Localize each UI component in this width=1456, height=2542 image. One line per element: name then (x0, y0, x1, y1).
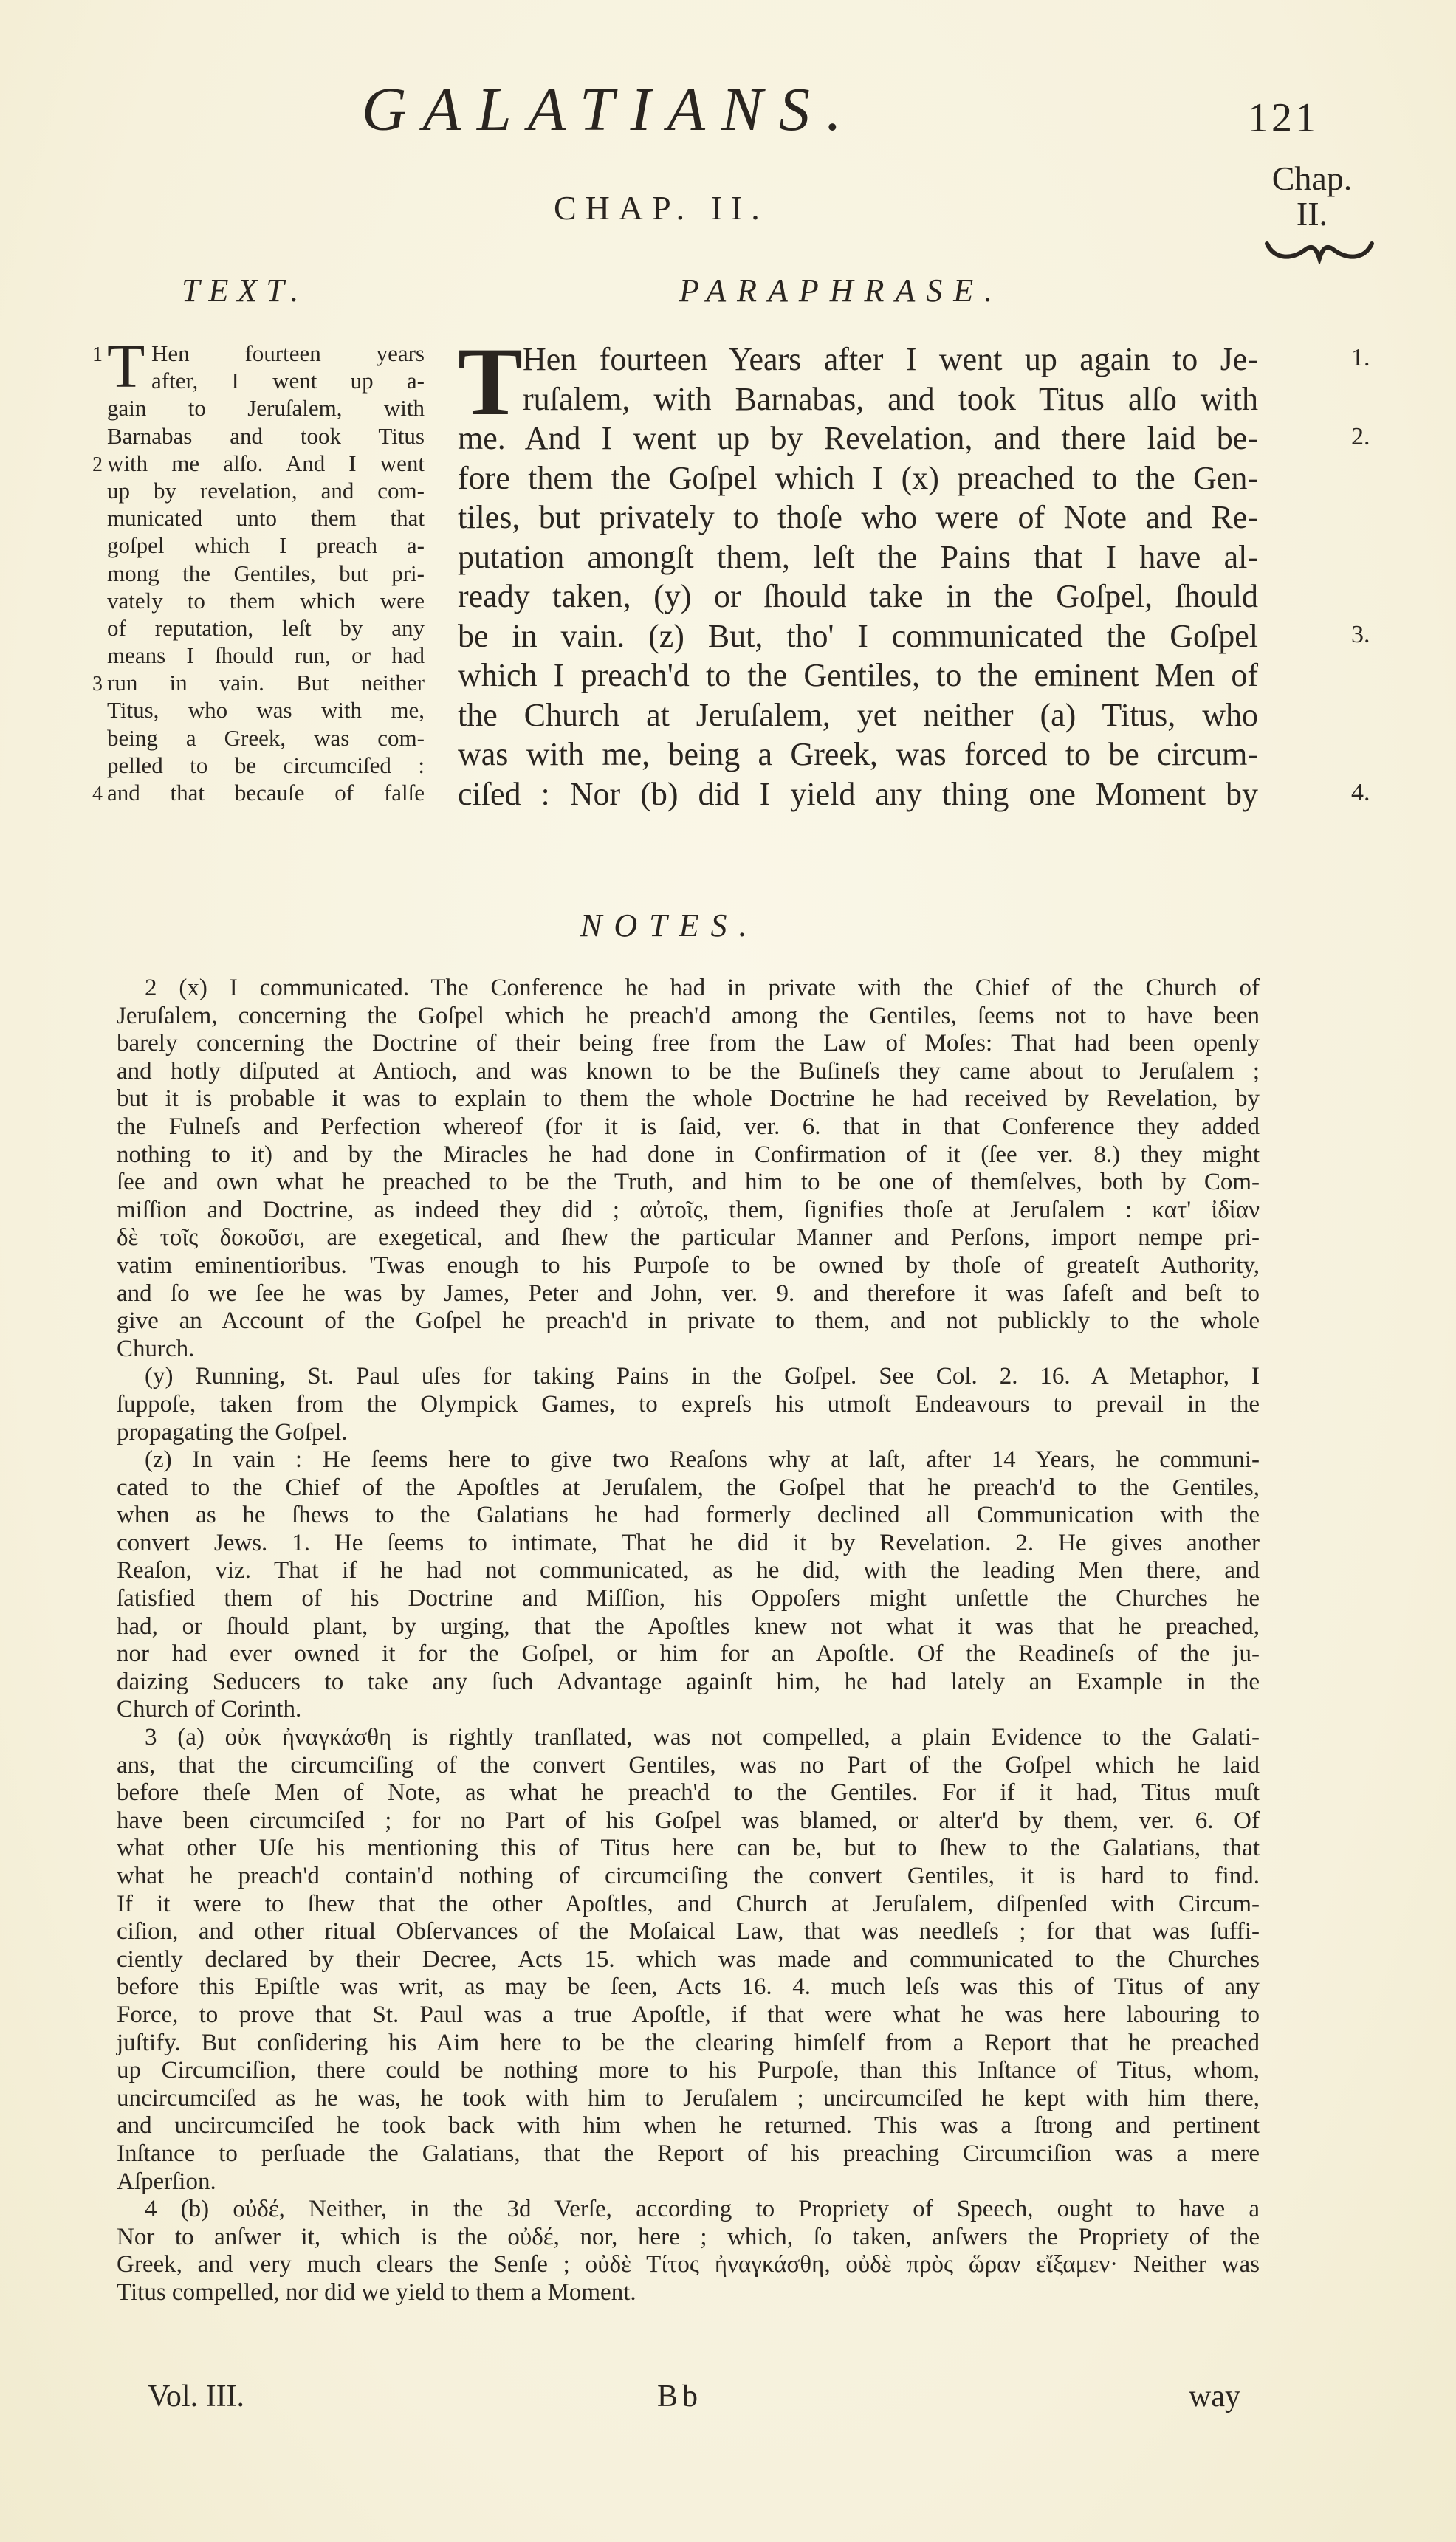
note-line: ſatisfied them of his Doctrine and Miſſi… (117, 1585, 1260, 1613)
note-line: daizing Seducers to take any ſuch Advant… (117, 1669, 1260, 1697)
running-title: GALATIANS. (362, 74, 858, 145)
note-line: ans, that the circumciſing of the conver… (117, 1752, 1260, 1780)
verse-number: 4 (92, 780, 103, 808)
text-line-content: Hen fourteen years (151, 340, 425, 367)
margin-chapter-marker: Chap. II. (1271, 161, 1353, 232)
note-line: vatim eminentioribus. 'Twas enough to hi… (117, 1252, 1260, 1280)
text-line-content: mong the Gentiles, but pri- (107, 560, 425, 587)
note-line: convert Jews. 1. He ſeems to intimate, T… (117, 1530, 1260, 1558)
note-line: and ſo we ſee he was by James, Peter and… (117, 1280, 1260, 1308)
text-line: mong the Gentiles, but pri- (107, 560, 425, 587)
note-entry-start: 4 (b) οὐδέ, Neither, in the 3d Verſe, ac… (117, 2196, 1260, 2224)
note-entry-start: 2 (x) I communicated. The Conference he … (117, 975, 1260, 1003)
margin-chapter-label: Chap. (1271, 161, 1353, 196)
text-line: Barnabas and took Titus (107, 422, 425, 450)
note-line: propagating the Goſpel. (117, 1419, 1260, 1447)
note-line: nor had ever owned it for the Goſpel, or… (117, 1641, 1260, 1669)
text-line: 4and that becauſe of falſe (107, 779, 425, 806)
book-page: GALATIANS. 121 CHAP. II. Chap. II. TEXT.… (0, 0, 1456, 2542)
paraphrase-column: T Hen fourteen Years after I went up aga… (458, 340, 1258, 814)
note-line: give an Account of the Goſpel he preach'… (117, 1308, 1260, 1336)
text-line: up by revelation, and com- (107, 477, 425, 504)
paraphrase-line: me. And I went up by Revelation, and the… (458, 419, 1258, 458)
paraphrase-line: ruſalem, with Barnabas, and took Titus a… (523, 379, 1258, 419)
margin-verse-number: 3. (1351, 621, 1370, 649)
text-line-content: goſpel which I preach a- (107, 532, 425, 559)
note-line: Greek, and very much clears the Senſe ; … (117, 2251, 1260, 2279)
note-line: when as he ſhews to the Galatians he had… (117, 1502, 1260, 1530)
margin-verse-number: 2. (1351, 423, 1370, 451)
note-line: before theſe Men of Note, as what he pre… (117, 1779, 1260, 1807)
note-line: Nor to anſwer it, which is the οὐδέ, nor… (117, 2224, 1260, 2252)
text-line: 1Hen fourteen years (107, 340, 425, 367)
text-line-content: municated unto them that (107, 504, 425, 532)
note-line: what other Uſe his mentioning this of Ti… (117, 1835, 1260, 1863)
margin-verse-number: 4. (1351, 779, 1370, 807)
note-line: juſtify. But conſidering his Aim here to… (117, 2030, 1260, 2058)
note-line: up Circumciſion, there could be nothing … (117, 2057, 1260, 2085)
note-entry-start: 3 (a) οὐκ ἠναγκάσθη is rightly tranſlate… (117, 1724, 1260, 1752)
note-line: Force, to prove that St. Paul was a true… (117, 2002, 1260, 2030)
note-line: ciſion, and other ritual Obſervances of … (117, 1918, 1260, 1946)
text-line-content: run in vain. But neither (107, 669, 425, 696)
text-line: Titus, who was with me, (107, 696, 425, 724)
notes-section: 2 (x) I communicated. The Conference he … (117, 975, 1260, 2307)
text-line: after, I went up a- (107, 367, 425, 394)
text-line-content: with me alſo. And I went (107, 450, 425, 477)
paraphrase-line: Hen fourteen Years after I went up again… (523, 340, 1258, 379)
note-line: cated to the Chief of the Apoſtles at Je… (117, 1474, 1260, 1502)
paraphrase-line: be in vain. (z) But, tho' I communicated… (458, 616, 1258, 656)
verse-number: 1 (92, 341, 103, 368)
note-line: Church of Corinth. (117, 1696, 1260, 1724)
note-line: and hotly diſputed at Antioch, and was k… (117, 1058, 1260, 1086)
text-line: means I ſhould run, or had (107, 642, 425, 669)
note-line: ſee and own what he preached to be the T… (117, 1169, 1260, 1197)
note-line: the Fulneſs and Perfection whereof (for … (117, 1113, 1260, 1141)
text-column-heading: TEXT. (182, 272, 307, 309)
note-line: Church. (117, 1336, 1260, 1364)
note-line: Inſtance to perſuade the Galatians, that… (117, 2140, 1260, 2168)
scripture-text-column: T 1Hen fourteen yearsafter, I went up a-… (107, 340, 425, 806)
page-number: 121 (1248, 95, 1319, 142)
paraphrase-line: putation amongſt them, leſt the Pains th… (458, 537, 1258, 577)
footer-signature-mark: Bb (657, 2379, 702, 2414)
paraphrase-line: tiles, but privately to thoſe who were o… (458, 498, 1258, 537)
note-line: ciently declared by their Decree, Acts 1… (117, 1946, 1260, 1974)
paraphrase-line: ciſed : Nor (b) did I yield any thing on… (458, 774, 1258, 814)
note-line: uncircumciſed as he was, he took with hi… (117, 2085, 1260, 2113)
text-line: goſpel which I preach a- (107, 532, 425, 559)
text-line: 3run in vain. But neither (107, 669, 425, 696)
note-line: miſſion and Doctrine, as indeed they did… (117, 1197, 1260, 1225)
note-line: before this Epiſtle was writ, as may be … (117, 1974, 1260, 2002)
note-line: nothing to it) and by the Miracles he ha… (117, 1141, 1260, 1169)
text-line: of reputation, leſt by any (107, 614, 425, 642)
notes-heading: NOTES. (580, 907, 758, 944)
brace-ornament-icon (1264, 235, 1375, 264)
note-entry-start: (z) In vain : He ſeems here to give two … (117, 1446, 1260, 1474)
note-line: If it were to ſhew that the other Apoſtl… (117, 1891, 1260, 1919)
note-line: Jeruſalem, concerning the Goſpel which h… (117, 1003, 1260, 1031)
text-line: vately to them which were (107, 587, 425, 614)
paraphrase-line: which I preach'd to the Gentiles, to the… (458, 656, 1258, 695)
text-line-content: of reputation, leſt by any (107, 614, 425, 642)
note-line: ſuppoſe, taken from the Olympick Games, … (117, 1391, 1260, 1419)
text-line-content: Barnabas and took Titus (107, 422, 425, 450)
verse-number: 3 (92, 670, 103, 698)
note-line: but it is probable it was to explain to … (117, 1085, 1260, 1113)
margin-verse-number: 1. (1351, 344, 1370, 372)
verse-number: 2 (92, 451, 103, 478)
note-entry-start: (y) Running, St. Paul uſes for taking Pa… (117, 1363, 1260, 1391)
paraphrase-line: was with me, being a Greek, was forced t… (458, 735, 1258, 774)
note-line: δὲ τοῖς δοκοῦσι, are exegetical, and ſhe… (117, 1224, 1260, 1252)
paraphrase-column-heading: PARAPHRASE. (679, 272, 1003, 309)
chapter-heading: CHAP. II. (554, 188, 769, 227)
note-line: Titus compelled, nor did we yield to the… (117, 2279, 1260, 2307)
note-line: and uncircumciſed he took back with him … (117, 2112, 1260, 2140)
text-line: being a Greek, was com- (107, 724, 425, 752)
text-line-content: being a Greek, was com- (107, 724, 425, 752)
text-line-content: up by revelation, and com- (107, 477, 425, 504)
note-line: have been circumciſed ; for no Part of h… (117, 1807, 1260, 1835)
note-line: what he preach'd contain'd nothing of ci… (117, 1863, 1260, 1891)
text-line-content: Titus, who was with me, (107, 696, 425, 724)
paraphrase-line: the Church at Jeruſalem, yet neither (a)… (458, 695, 1258, 735)
paraphrase-line: fore them the Goſpel which I (x) preache… (458, 458, 1258, 498)
note-line: Aſperſion. (117, 2168, 1260, 2196)
drop-cap: T (458, 343, 523, 421)
paraphrase-line: ready taken, (y) or ſhould take in the G… (458, 577, 1258, 616)
text-line-content: vately to them which were (107, 587, 425, 614)
text-line-content: pelled to be circumciſed : (107, 752, 425, 779)
note-line: barely concerning the Doctrine of their … (117, 1030, 1260, 1058)
text-line-content: after, I went up a- (151, 367, 425, 394)
text-line-content: means I ſhould run, or had (107, 642, 425, 669)
text-line-content: gain to Jeruſalem, with (107, 394, 425, 422)
margin-chapter-number: II. (1271, 196, 1353, 232)
footer-catchword: way (1189, 2379, 1240, 2414)
text-line: pelled to be circumciſed : (107, 752, 425, 779)
note-line: Reaſon, viz. That if he had not communic… (117, 1557, 1260, 1585)
note-line: had, or ſhould plant, by urging, that th… (117, 1613, 1260, 1641)
text-line: gain to Jeruſalem, with (107, 394, 425, 422)
footer-volume: Vol. III. (148, 2379, 244, 2414)
text-line: 2with me alſo. And I went (107, 450, 425, 477)
text-line-content: and that becauſe of falſe (107, 779, 425, 806)
text-line: municated unto them that (107, 504, 425, 532)
